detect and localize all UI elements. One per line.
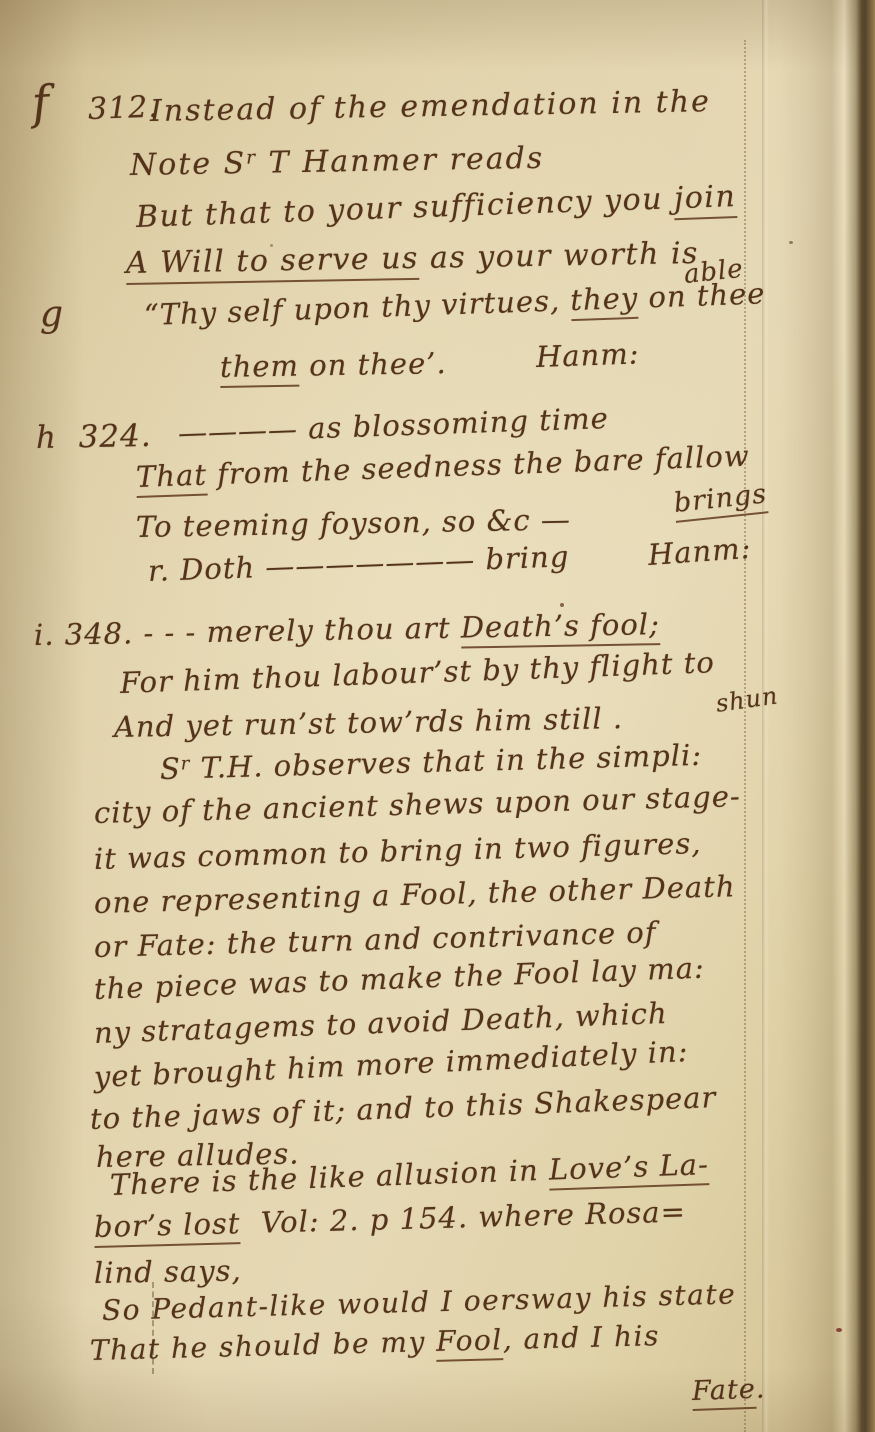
allusion-line3: lind says, [94, 1253, 242, 1290]
section-g-line1: “Thy self upon thy virtues, they on thee [143, 276, 766, 332]
section-h-line4: r. Doth ——————— bring [147, 539, 569, 588]
section-f-line1: Instead of the emendation in the [150, 84, 711, 129]
section-h-line1: ———— as blossoming time [177, 401, 609, 450]
section-f-line4: A Will to serve us as your worth is [126, 236, 700, 281]
note-line1: Sr T.H. observes that in the simpli: [160, 738, 703, 786]
section-marker-h: h 324. [36, 418, 152, 456]
section-h-line3: To teeming foyson, so &c — [136, 502, 571, 544]
note-line3: it was common to bring in two figures, [94, 826, 702, 876]
section-i-line1: i. 348. - - - merely thou art Death’s fo… [34, 607, 660, 652]
manuscript-page: f312.Instead of the emendation in theNot… [0, 0, 875, 1432]
section-i-line2: For him thou labour’st by thy flight to [119, 645, 715, 700]
section-f-line3: But that to your sufficiency you join [135, 179, 736, 235]
section-h-attribution: Hanm: [647, 531, 753, 572]
quote-line2: That he should be my Fool, and I his [90, 1319, 661, 1367]
note-line2: city of the ancient shews upon our stage… [94, 779, 742, 830]
section-f-line2: Note Sr T Hanmer reads [130, 141, 545, 183]
section-g-line2: them on thee’. [220, 346, 447, 384]
section-i-inserted-word: shun [714, 681, 780, 717]
section-f-ref: 312. [87, 90, 159, 127]
section-g-attribution: Hanm: [535, 336, 640, 374]
manuscript-lines: f312.Instead of the emendation in theNot… [0, 0, 875, 1432]
allusion-line2: bor’s lost Vol: 2. p 154. where Rosa= [94, 1195, 687, 1244]
quote-line3: Fate. [691, 1373, 765, 1407]
section-marker-f: f [30, 75, 51, 130]
section-marker-g: g [40, 294, 63, 335]
section-i-line3: And yet run’st tow’rds him still . [114, 701, 624, 744]
section-h-inserted-word: brings [672, 478, 768, 519]
note-line4: one representing a Fool, the other Death [94, 869, 736, 920]
